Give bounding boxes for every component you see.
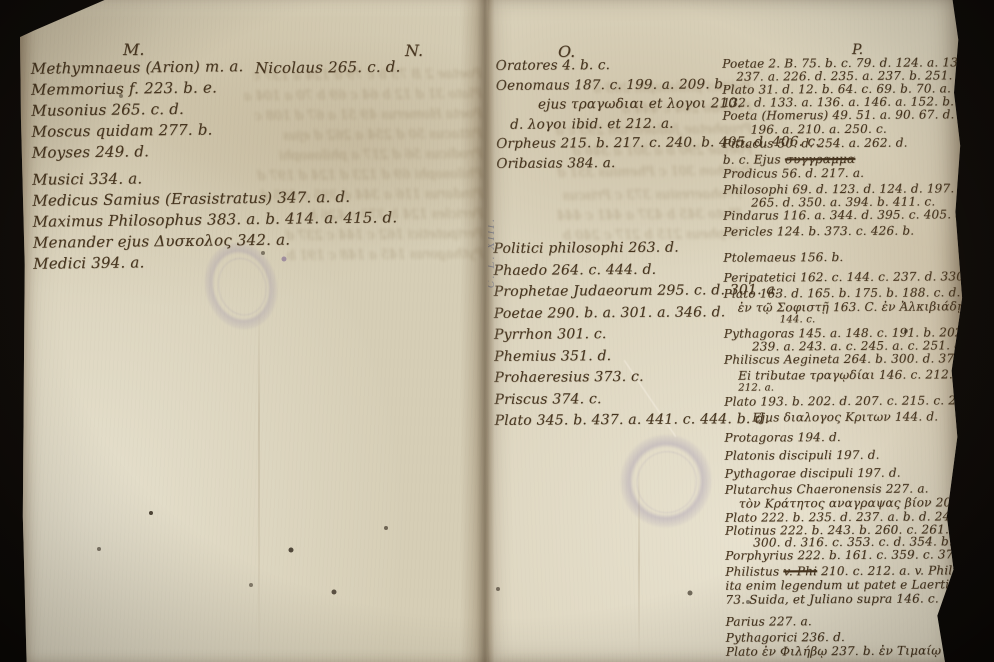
index-entry: ita enim legendum ut patet e Laertio VII… (725, 577, 965, 592)
index-entry: Prophetae Judaeorum 295. c. d. 301. a. (494, 280, 759, 303)
index-entry: Pittacus 50. d. 254. a. 262. d. (723, 135, 963, 150)
index-entry: Pyrrhon 301. c. (494, 323, 759, 346)
index-entry: Pythagorici 236. d. (726, 629, 966, 644)
index-entry: Poeta (Homerus) 49. 51. a. 90. 67. d. 10… (722, 107, 962, 122)
index-column-n: Nicolaus 265. c. d. (255, 56, 475, 79)
index-entry: 196. a. 210. a. 250. c. (723, 121, 963, 136)
index-column-m: Methymnaeus (Arion) m. a.Memmorius f. 22… (31, 53, 484, 274)
index-entry: Prohaeresius 373. c. (494, 366, 759, 389)
index-entry: ἐν τῷ Σοφιστῇ 163. C. ἐν Ἀλκιβιάδῃ (724, 299, 964, 314)
index-entry: Plato 163. d. 165. b. 175. b. 188. c. d.… (724, 285, 964, 300)
index-entry: Oribasias 384. a. (496, 153, 756, 174)
index-entry: d. λογοι ibid. et 212. a. (496, 114, 756, 135)
index-entry: Philiscus Aegineta 264. b. 300. d. 372. … (724, 351, 964, 366)
ink-stamp-inner-ring (631, 445, 703, 518)
ink-specks (0, 0, 2, 2)
bleed-line: Plato 345 b 437 a 441 c 444 (514, 205, 742, 227)
index-column-o: Oratores 4. b. c.Oenomaus 187. c. 199. a… (496, 55, 757, 174)
index-entry: Poetae 290. b. a. 301. a. 346. d. (494, 302, 759, 325)
index-entry: Nicolaus 265. c. d. (255, 56, 475, 79)
index-entry: Plato ἐν Φιλήβῳ 237. b. ἐν Τιμαίῳ 237. b… (726, 643, 966, 658)
index-entry: Plato 193. b. 202. d. 207. c. 215. c. 21… (724, 393, 964, 408)
index-entry: τὸν Κράτητος αναγραψας βίον 206. b. (725, 495, 965, 510)
index-column-p: Poetae 2. B. 75. b. c. 79. d. 124. a. 13… (722, 55, 966, 658)
index-entry: Philistus v. Phi 210. c. 212. a. v. Phil… (725, 563, 965, 578)
struck-text: v. Phi (783, 564, 817, 578)
index-entry: Ei tributae τραγῳδίαι 146. c. 212. c. (724, 367, 964, 382)
index-entry: 73. Suida, et Juliano supra 146. c. (725, 591, 965, 606)
index-entry: Ejus διαλογος Κριτων 144. d. (724, 409, 964, 424)
index-entry: Porphyrius 222. b. 161. c. 359. c. 372. … (725, 547, 965, 562)
index-entry: Oratores 4. b. c. (496, 55, 756, 76)
index-entry: Platonis discipuli 197. d. (725, 447, 965, 462)
paper-fold (258, 300, 260, 662)
bleed-line: Prohaeresius 373 c Priscus (514, 185, 742, 207)
index-entry: Pythagorae discipuli 197. d. (725, 465, 965, 480)
index-entry: Plato 345. b. 437. a. 441. c. 444. b. d. (495, 409, 760, 432)
index-entry: Orpheus 215. b. 217. c. 240. b. 405. d. … (496, 133, 756, 154)
index-entry: Phaedo 264. c. 444. d. (493, 259, 758, 282)
index-entry: Pindarus 116. a. 344. d. 395. c. 405. d.… (723, 207, 963, 222)
index-entry: Plutarchus Chaeronensis 227. a. (725, 481, 965, 496)
right-page: Politici philosophi 263 dPhaedo 264 c 44… (488, 0, 964, 662)
left-page: Poetae 2 B 75 b c 79 d 124 a 137 cPlato … (20, 0, 490, 662)
index-column-p-first: Politici philosophi 263. d.Phaedo 264. c… (493, 237, 759, 432)
index-entry: Priscus 374. c. (494, 388, 759, 411)
index-entry: Protagoras 194. d. (724, 429, 964, 444)
index-entry: Pericles 124. b. 373. c. 426. b. (723, 223, 963, 238)
index-entry: Moyses 249. d. (32, 137, 482, 163)
manuscript-photo: Poetae 2 B 75 b c 79 d 124 a 137 cPlato … (0, 0, 994, 662)
index-entry: Ptolemaeus 156. b. (723, 249, 963, 264)
index-entry: Politici philosophi 263. d. (493, 237, 758, 260)
index-entry: Parius 227. a. (726, 613, 966, 628)
section-heading-m: M. (123, 40, 144, 59)
ink-stamp (611, 425, 721, 536)
index-entry: Prodicus 56. d. 217. a. (723, 165, 963, 180)
index-entry: Phemius 351. d. (494, 345, 759, 368)
index-entry: Peripatetici 162. c. 144. c. 237. d. 330… (723, 269, 963, 284)
struck-text: συγγραμμα (785, 152, 856, 166)
index-entry: Oenomaus 187. c. 199. a. 209. b. (496, 75, 756, 96)
index-entry: ejus τραγωδιαι et λογοι 210. (496, 94, 756, 115)
index-entry: b. c. Ejus συγγραμμα (723, 151, 963, 166)
